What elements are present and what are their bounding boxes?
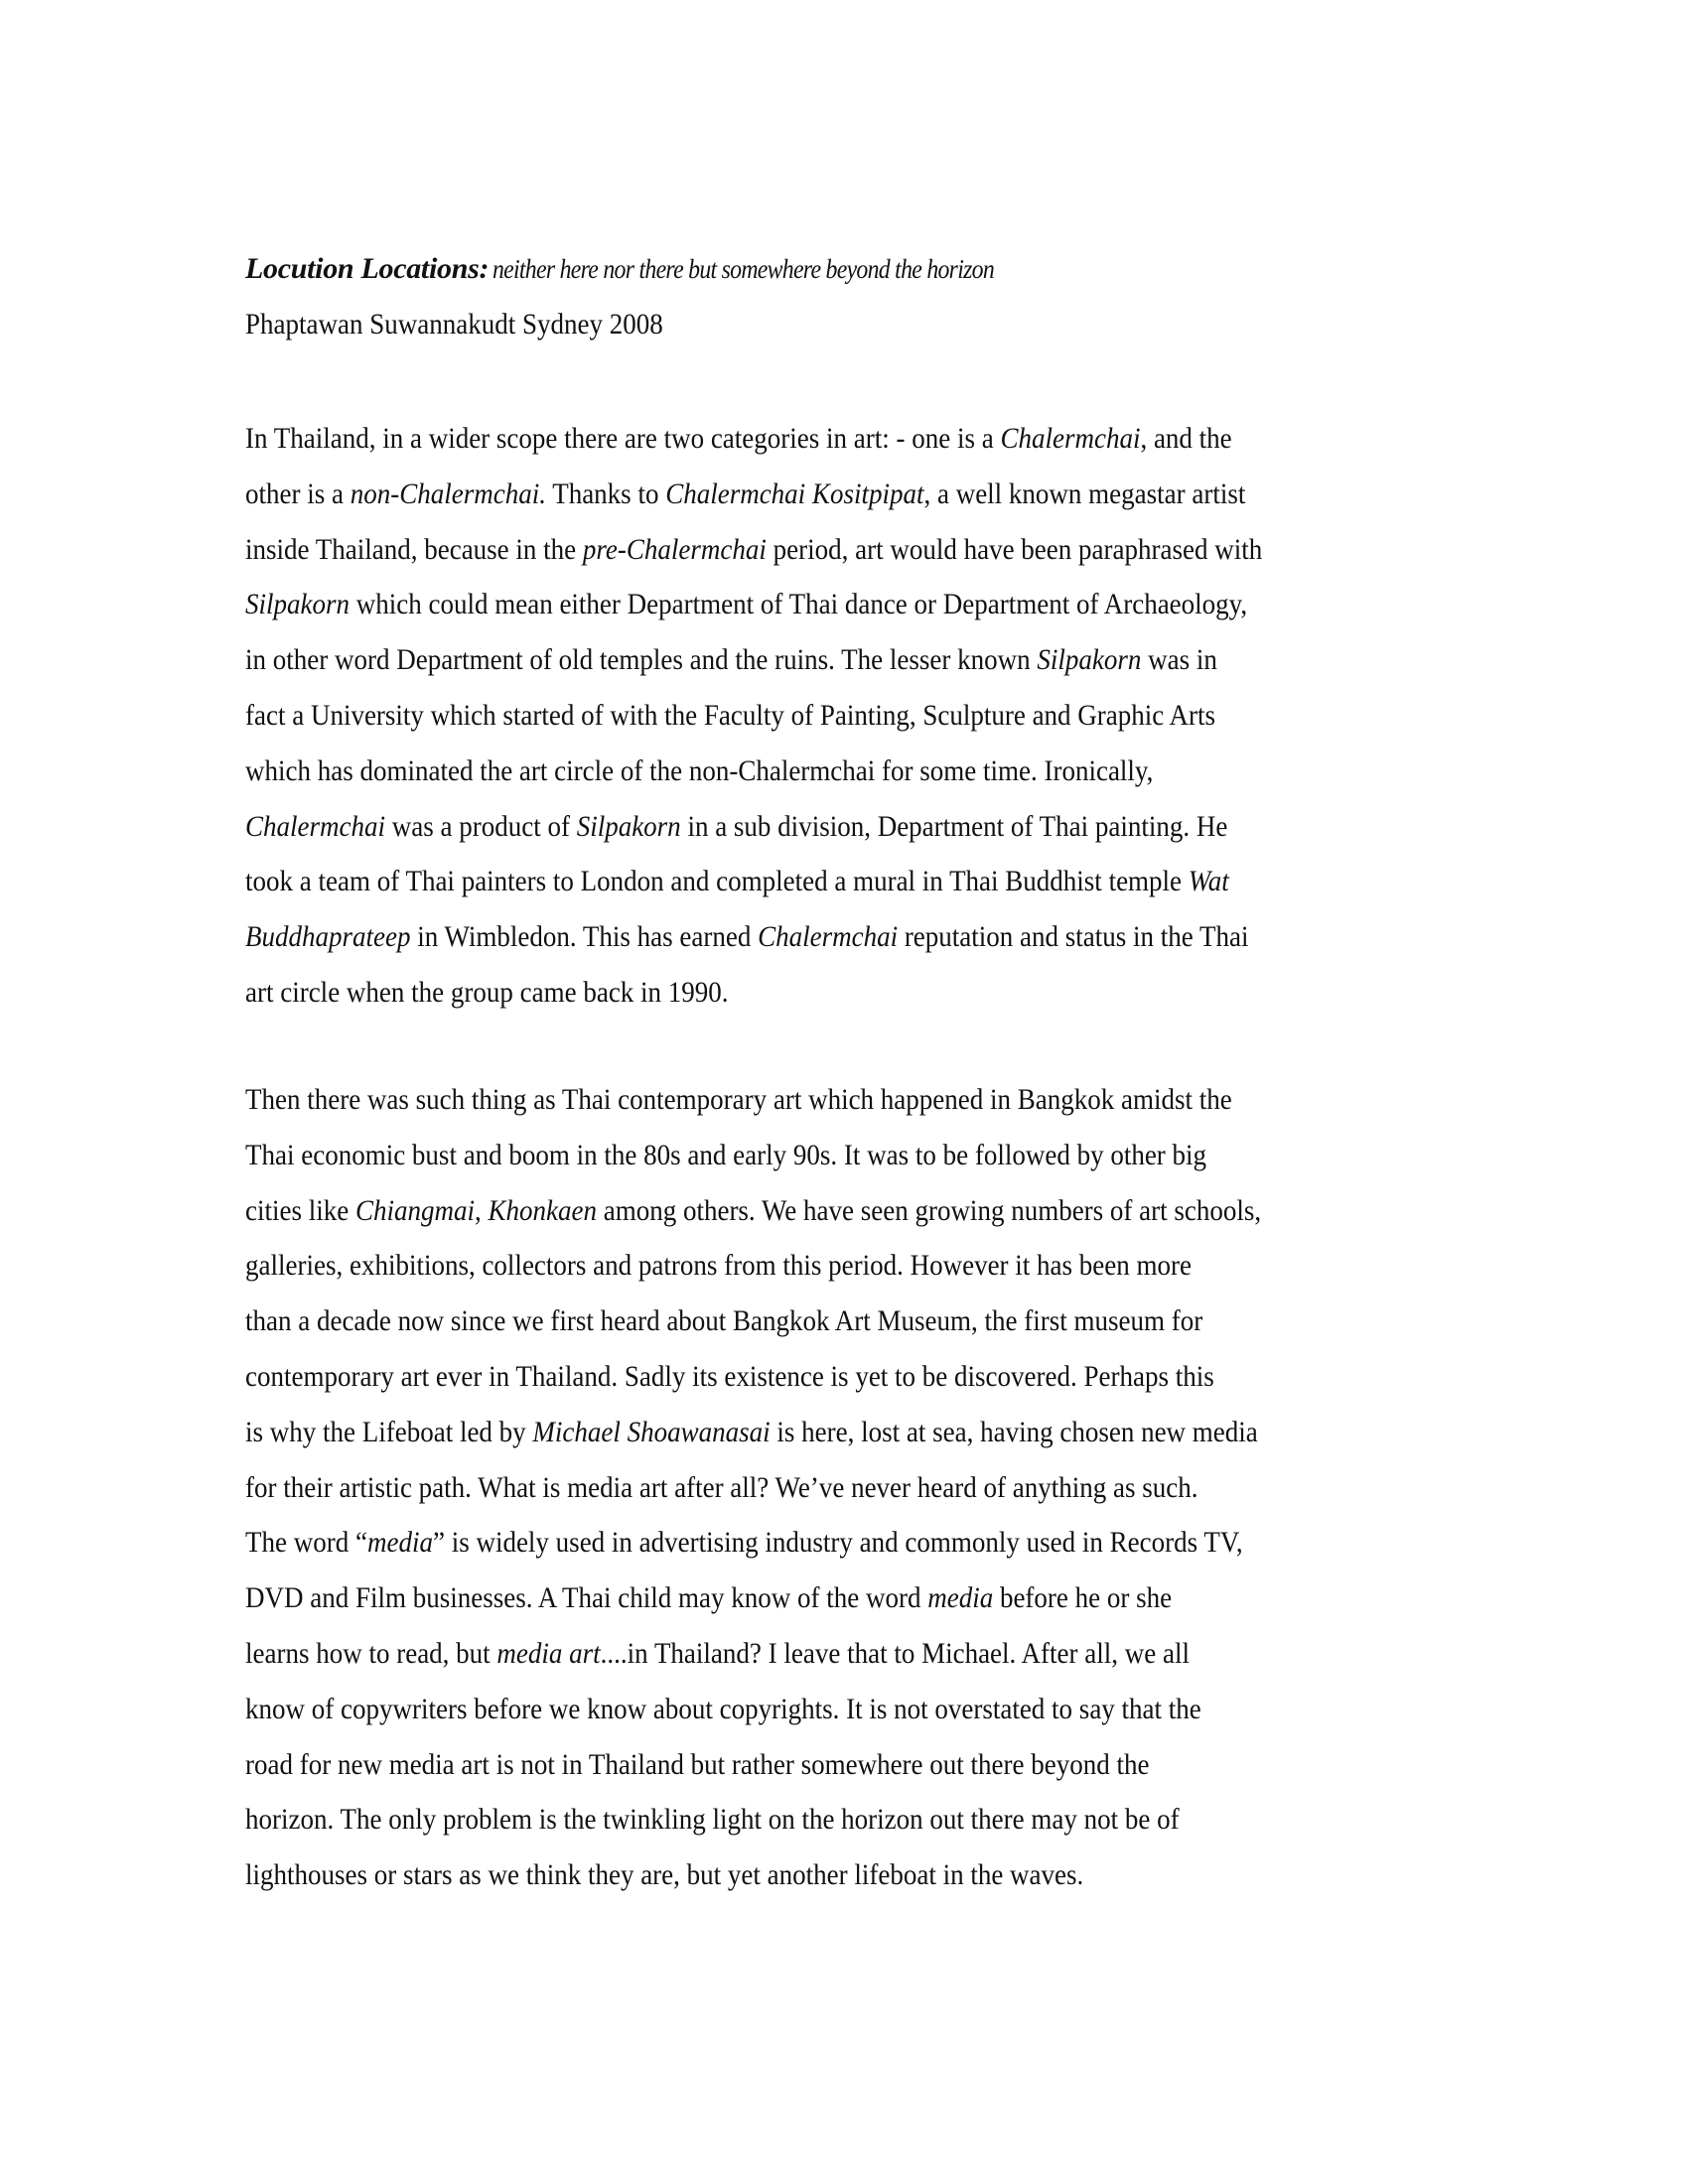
text-line: road for new media art is not in Thailan… xyxy=(245,1737,1344,1793)
text-run: lighthouses or stars as we think they ar… xyxy=(245,1858,1083,1891)
text-line: inside Thailand, because in the pre-Chal… xyxy=(245,522,1344,578)
text-line: than a decade now since we first heard a… xyxy=(245,1294,1344,1349)
text-run: The word “ xyxy=(245,1526,367,1559)
text-line: fact a University which started of with … xyxy=(245,688,1344,744)
text-run: ....in Thailand? I leave that to Michael… xyxy=(601,1637,1190,1670)
text-run: fact a University which started of with … xyxy=(245,699,1215,732)
text-run: DVD and Film businesses. A Thai child ma… xyxy=(245,1581,927,1614)
title-main: Locution Locations: xyxy=(245,252,489,285)
text-line: lighthouses or stars as we think they ar… xyxy=(245,1847,1344,1903)
text-run: cities like xyxy=(245,1194,355,1227)
italic-text: media xyxy=(367,1526,433,1559)
text-run: in other word Department of old temples … xyxy=(245,643,1037,676)
document-title: Locution Locations: neither here nor the… xyxy=(245,252,1062,286)
text-run: in a sub division, Department of Thai pa… xyxy=(681,810,1228,843)
text-line: in other word Department of old temples … xyxy=(245,632,1344,688)
text-line: horizon. The only problem is the twinkli… xyxy=(245,1792,1344,1847)
text-line: Thai economic bust and boom in the 80s a… xyxy=(245,1128,1344,1183)
italic-text: media xyxy=(927,1581,993,1614)
text-line: DVD and Film businesses. A Thai child ma… xyxy=(245,1570,1344,1626)
text-run: Then there was such thing as Thai contem… xyxy=(245,1083,1232,1116)
text-line: Buddhaprateep in Wimbledon. This has ear… xyxy=(245,909,1344,965)
text-line: contemporary art ever in Thailand. Sadly… xyxy=(245,1349,1344,1405)
italic-text: Buddhaprateep xyxy=(245,920,410,953)
text-run: , a well known megastar artist xyxy=(923,478,1245,510)
italic-text: Silpakorn xyxy=(577,810,681,843)
text-run: ” is widely used in advertising industry… xyxy=(433,1526,1243,1559)
text-run: took a team of Thai painters to London a… xyxy=(245,865,1189,897)
text-run: reputation and status in the Thai xyxy=(898,920,1248,953)
text-run: galleries, exhibitions, collectors and p… xyxy=(245,1249,1192,1282)
italic-text: media art xyxy=(496,1637,600,1670)
italic-text: Michael Shoawanasai xyxy=(532,1416,770,1448)
text-run: is why the Lifeboat led by xyxy=(245,1416,532,1448)
text-run: Thai economic bust and boom in the 80s a… xyxy=(245,1139,1206,1171)
italic-text: Chalermchai xyxy=(758,920,898,953)
text-line: Then there was such thing as Thai contem… xyxy=(245,1072,1344,1128)
paragraph-2: Then there was such thing as Thai contem… xyxy=(245,1072,1467,1903)
text-run: for their artistic path. What is media a… xyxy=(245,1471,1197,1504)
italic-text: Chalermchai xyxy=(245,810,385,843)
italic-text: Silpakorn xyxy=(245,588,350,620)
author-line: Phaptawan Suwannakudt Sydney 2008 xyxy=(245,308,663,341)
text-line: Chalermchai was a product of Silpakorn i… xyxy=(245,799,1344,855)
text-line: Silpakorn which could mean either Depart… xyxy=(245,577,1344,632)
text-run: was a product of xyxy=(385,810,577,843)
text-run: among others. We have seen growing numbe… xyxy=(597,1194,1261,1227)
text-run: which could mean either Department of Th… xyxy=(350,588,1247,620)
italic-text: Chiangmai xyxy=(355,1194,475,1227)
text-line: In Thailand, in a wider scope there are … xyxy=(245,411,1344,467)
text-run: In Thailand, in a wider scope there are … xyxy=(245,422,1000,455)
italic-text: Chalermchai Kositpipat xyxy=(665,478,923,510)
text-run: , and the xyxy=(1140,422,1231,455)
text-line: for their artistic path. What is media a… xyxy=(245,1460,1344,1516)
text-run: road for new media art is not in Thailan… xyxy=(245,1748,1149,1781)
italic-text: Khonkaen xyxy=(488,1194,596,1227)
text-line: know of copywriters before we know about… xyxy=(245,1682,1344,1737)
text-run: learns how to read, but xyxy=(245,1637,496,1670)
text-run: horizon. The only problem is the twinkli… xyxy=(245,1803,1180,1836)
text-run: , xyxy=(475,1194,489,1227)
text-run: art circle when the group came back in 1… xyxy=(245,976,729,1009)
text-line: learns how to read, but media art....in … xyxy=(245,1626,1344,1682)
text-run: Thanks to xyxy=(546,478,665,510)
text-run: in Wimbledon. This has earned xyxy=(410,920,758,953)
italic-text: Silpakorn xyxy=(1037,643,1141,676)
text-run: which has dominated the art circle of th… xyxy=(245,754,1153,787)
text-run: than a decade now since we first heard a… xyxy=(245,1304,1202,1337)
text-run: inside Thailand, because in the xyxy=(245,533,583,566)
text-run: was in xyxy=(1141,643,1217,676)
paragraph-1: In Thailand, in a wider scope there are … xyxy=(245,411,1467,1021)
document-page: Locution Locations: neither here nor the… xyxy=(0,0,1688,2184)
text-line: is why the Lifeboat led by Michael Shoaw… xyxy=(245,1405,1344,1460)
text-run: before he or she xyxy=(993,1581,1172,1614)
text-run: period, art would have been paraphrased … xyxy=(767,533,1262,566)
italic-text: non-Chalermchai. xyxy=(351,478,546,510)
title-subtitle: neither here nor there but somewhere bey… xyxy=(492,254,994,285)
text-line: took a team of Thai painters to London a… xyxy=(245,854,1344,909)
italic-text: Wat xyxy=(1189,865,1229,897)
text-run: is here, lost at sea, having chosen new … xyxy=(771,1416,1258,1448)
text-line: which has dominated the art circle of th… xyxy=(245,744,1344,799)
text-line: art circle when the group came back in 1… xyxy=(245,965,1344,1021)
text-line: galleries, exhibitions, collectors and p… xyxy=(245,1238,1344,1294)
text-run: other is a xyxy=(245,478,351,510)
text-line: other is a non-Chalermchai. Thanks to Ch… xyxy=(245,467,1344,522)
text-run: know of copywriters before we know about… xyxy=(245,1693,1201,1725)
text-line: cities like Chiangmai, Khonkaen among ot… xyxy=(245,1183,1344,1239)
text-line: The word “media” is widely used in adver… xyxy=(245,1515,1344,1570)
text-run: contemporary art ever in Thailand. Sadly… xyxy=(245,1360,1214,1393)
italic-text: Chalermchai xyxy=(1000,422,1140,455)
italic-text: pre-Chalermchai xyxy=(583,533,767,566)
